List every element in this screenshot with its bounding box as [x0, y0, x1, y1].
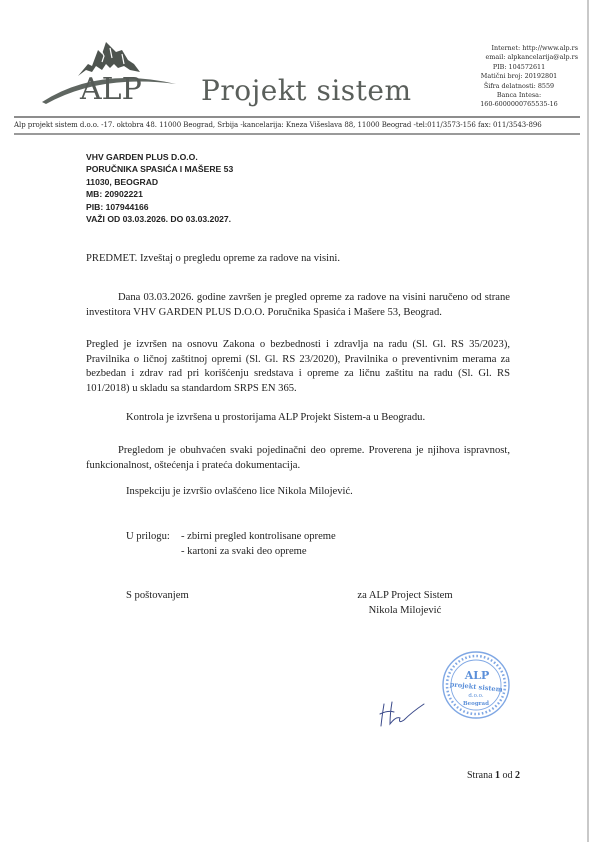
svg-text:d.o.o.: d.o.o. — [468, 693, 483, 699]
header-divider-top — [14, 116, 580, 118]
recipient-street: PORUČNIKA SPASIĆA I MAŠERE 53 — [86, 163, 233, 175]
letter-paragraph-5: Inspekciju je izvršio ovlašćeno lice Nik… — [126, 485, 550, 500]
page-number-separator: od — [500, 770, 515, 781]
attachments-list: - zbirni pregled kontrolisane opreme - k… — [181, 530, 336, 559]
svg-text:ALP: ALP — [464, 669, 490, 682]
letter-paragraph-3: Kontrola je izvršena u prostorijama ALP … — [126, 411, 516, 426]
page-number-total: 2 — [515, 770, 520, 781]
company-bank-account: 160-6000000765535-16 — [460, 100, 578, 109]
header-divider-bottom — [14, 133, 580, 135]
attachment-item: - zbirni pregled kontrolisane opreme — [181, 530, 336, 545]
handwritten-signature-icon — [378, 696, 428, 730]
letter-paragraph-4: Pregledom je obuhvaćen svaki pojedinačni… — [86, 444, 510, 473]
recipient-mb: MB: 20902221 — [86, 188, 233, 200]
signatory-block: za ALP Project Sistem Nikola Milojević — [340, 589, 470, 618]
brand-title: Projekt sistem — [201, 77, 412, 105]
attachments-label: U prilogu: — [126, 530, 170, 545]
letter-paragraph-1: Dana 03.03.2026. godine završen je pregl… — [86, 291, 510, 320]
recipient-pib: PIB: 107944166 — [86, 201, 233, 213]
document-page: ALP Projekt sistem Internet: http://www.… — [0, 0, 595, 842]
company-bank-name: Banca Intesa: — [460, 91, 578, 100]
logo-text: ALP — [80, 75, 142, 105]
recipient-block: VHV GARDEN PLUS D.O.O. PORUČNIKA SPASIĆA… — [86, 151, 233, 225]
closing-greeting: S poštovanjem — [126, 589, 189, 604]
company-info: Internet: http://www.alp.rs email: alpka… — [460, 44, 578, 110]
company-pib: PIB: 104572611 — [460, 63, 578, 72]
company-website: Internet: http://www.alp.rs — [460, 44, 578, 53]
recipient-validity: VAŽI OD 03.03.2026. DO 03.03.2027. — [86, 213, 233, 225]
company-activity-code: Šifra delatnosti: 8559 — [460, 82, 578, 91]
company-email: email: alpkancelarija@alp.rs — [460, 53, 578, 62]
company-registration-number: Matični broj: 20192801 — [460, 72, 578, 81]
svg-text:Beograd: Beograd — [463, 701, 489, 707]
signatory-name: Nikola Milojević — [340, 604, 470, 619]
recipient-city: 11030, BEOGRAD — [86, 176, 233, 188]
company-address-line: Alp projekt sistem d.o.o. -17. oktobra 4… — [14, 121, 580, 129]
signatory-organization: za ALP Project Sistem — [340, 589, 470, 604]
letter-paragraph-2: Pregled je izvršen na osnovu Zakona o be… — [86, 338, 510, 396]
page-number: Strana 1 od 2 — [467, 770, 520, 781]
attachment-item: - kartoni za svaki deo opreme — [181, 545, 336, 560]
svg-text:projekt sistem: projekt sistem — [449, 680, 503, 694]
recipient-name: VHV GARDEN PLUS D.O.O. — [86, 151, 233, 163]
company-stamp-icon: ALP projekt sistem d.o.o. Beograd — [441, 650, 511, 720]
page-number-prefix: Strana — [467, 770, 495, 781]
letter-subject: PREDMET. Izveštaj o pregledu opreme za r… — [86, 252, 510, 267]
page-edge-divider — [587, 0, 589, 842]
